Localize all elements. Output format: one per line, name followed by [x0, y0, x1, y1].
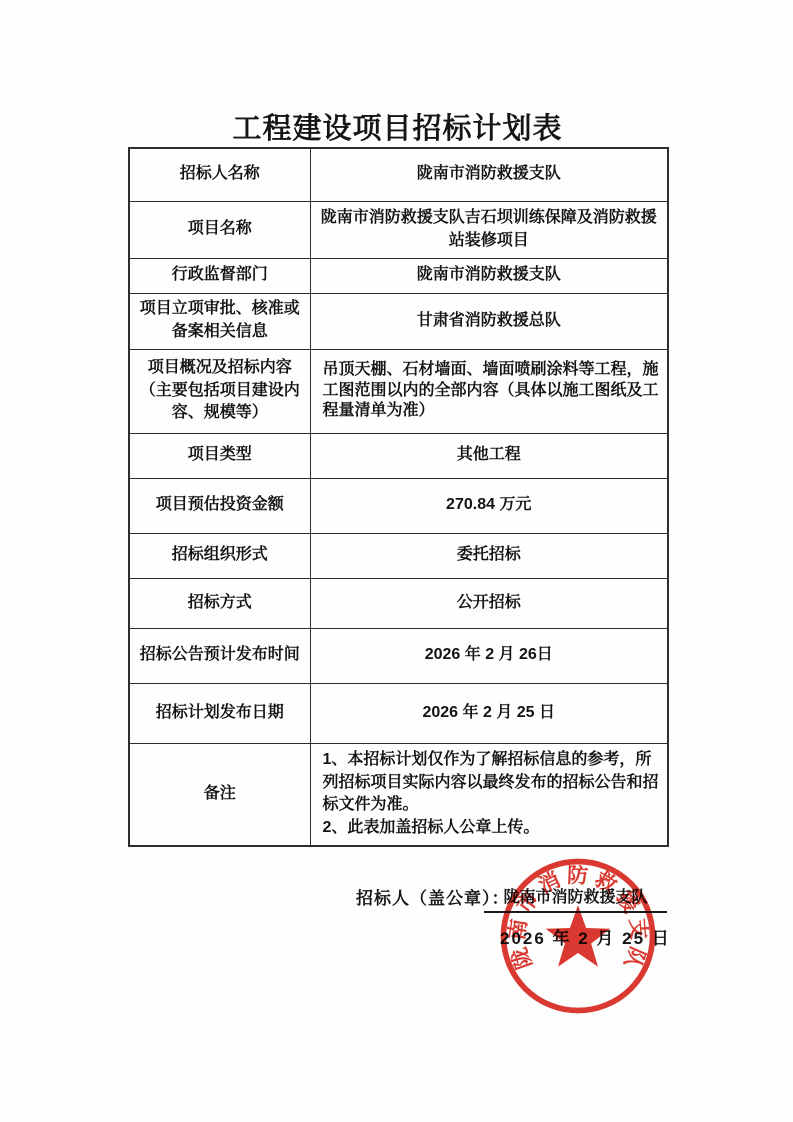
document-page: 工程建设项目招标计划表 招标人名称 陇南市消防救援支队 项目名称 陇南市消防救援…	[0, 0, 793, 1122]
row-value: 其他工程	[310, 433, 668, 478]
remark-line: 1、本招标计划仅作为了解招标信息的参考，所列招标项目实际内容以最终发布的招标公告…	[323, 749, 660, 817]
stamp-star	[546, 905, 611, 967]
table-row: 行政监督部门 陇南市消防救援支队	[129, 258, 668, 293]
row-value: 1、本招标计划仅作为了解招标信息的参考，所列招标项目实际内容以最终发布的招标公告…	[310, 743, 668, 846]
row-value: 公开招标	[310, 578, 668, 628]
row-value: 陇南市消防救援支队吉石坝训练保障及消防救援站装修项目	[310, 201, 668, 258]
table-row: 招标组织形式 委托招标	[129, 533, 668, 578]
row-value: 甘肃省消防救援总队	[310, 293, 668, 349]
row-label: 招标公告预计发布时间	[129, 628, 310, 683]
row-label: 项目类型	[129, 433, 310, 478]
row-value: 委托招标	[310, 533, 668, 578]
remark-line: 2、此表加盖招标人公章上传。	[323, 817, 660, 840]
table-row: 备注 1、本招标计划仅作为了解招标信息的参考，所列招标项目实际内容以最终发布的招…	[129, 743, 668, 846]
row-label: 项目概况及招标内容（主要包括项目建设内容、规模等）	[129, 349, 310, 433]
row-value: 2026 年 2 月 26日	[310, 628, 668, 683]
table-row: 项目概况及招标内容（主要包括项目建设内容、规模等） 吊顶天棚、石材墙面、墙面喷刷…	[129, 349, 668, 433]
row-label: 招标方式	[129, 578, 310, 628]
table-row: 项目名称 陇南市消防救援支队吉石坝训练保障及消防救援站装修项目	[129, 201, 668, 258]
table-row: 招标人名称 陇南市消防救援支队	[129, 148, 668, 201]
page-title: 工程建设项目招标计划表	[128, 106, 667, 147]
table-row: 招标计划发布日期 2026 年 2 月 25 日	[129, 683, 668, 743]
row-label: 项目名称	[129, 201, 310, 258]
table-row: 招标公告预计发布时间 2026 年 2 月 26日	[129, 628, 668, 683]
row-value: 2026 年 2 月 25 日	[310, 683, 668, 743]
row-value: 吊顶天棚、石材墙面、墙面喷刷涂料等工程，施工图范围以内的全部内容（具体以施工图纸…	[310, 349, 668, 433]
table-row: 招标方式 公开招标	[129, 578, 668, 628]
official-seal-stamp: 陇南市消防救援支队	[497, 855, 659, 1017]
row-label: 行政监督部门	[129, 258, 310, 293]
row-value: 陇南市消防救援支队	[310, 258, 668, 293]
row-label: 招标人名称	[129, 148, 310, 201]
row-label: 招标计划发布日期	[129, 683, 310, 743]
row-value: 陇南市消防救援支队	[310, 148, 668, 201]
row-label: 项目立项审批、核准或备案相关信息	[129, 293, 310, 349]
row-value: 270.84 万元	[310, 478, 668, 533]
table-row: 项目类型 其他工程	[129, 433, 668, 478]
row-label: 备注	[129, 743, 310, 846]
row-label: 项目预估投资金额	[129, 478, 310, 533]
tender-plan-table: 招标人名称 陇南市消防救援支队 项目名称 陇南市消防救援支队吉石坝训练保障及消防…	[128, 147, 669, 847]
table-row: 项目预估投资金额 270.84 万元	[129, 478, 668, 533]
row-label: 招标组织形式	[129, 533, 310, 578]
table-row: 项目立项审批、核准或备案相关信息 甘肃省消防救援总队	[129, 293, 668, 349]
